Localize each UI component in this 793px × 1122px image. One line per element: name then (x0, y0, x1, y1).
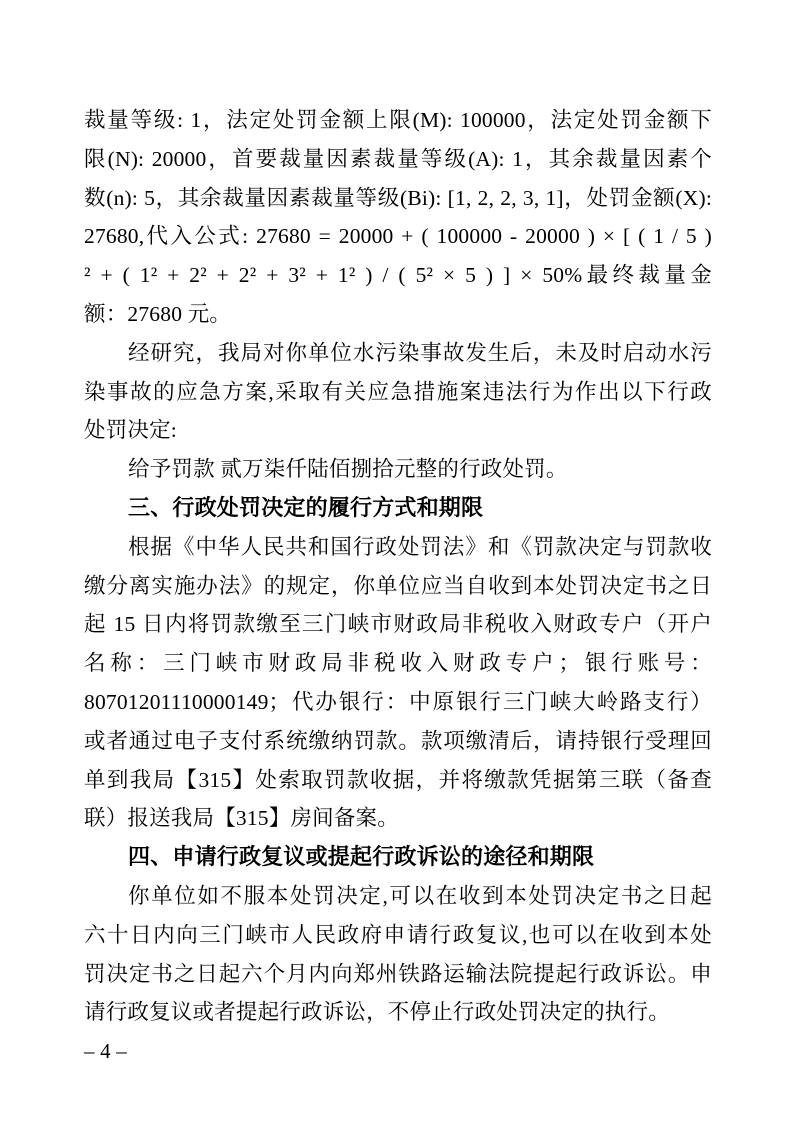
text-line: 缴分离实施办法》的规定，你单位应当自收到本处罚决定书之日 (84, 567, 712, 606)
text-line: 六十日内向三门峡市人民政府申请行政复议,也可以在收到本处 (84, 916, 712, 955)
text-line: 裁量等级: 1，法定处罚金额上限(M): 100000，法定处罚金额下 (84, 101, 712, 140)
text-line: 额：27680 元。 (84, 295, 712, 334)
text-line: 罚决定书之日起六个月内向郑州铁路运输法院提起行政诉讼。申 (84, 955, 712, 994)
section-heading-3: 三、行政处罚决定的履行方式和期限 (84, 489, 712, 528)
document-page: 裁量等级: 1，法定处罚金额上限(M): 100000，法定处罚金额下 限(N)… (0, 0, 793, 1122)
text-line: 染事故的应急方案,采取有关应急措施案违法行为作出以下行政 (84, 373, 712, 412)
text-line: 名称：三门峡市财政局非税收入财政专户；银行账号： (84, 644, 712, 683)
text-line: 或者通过电子支付系统缴纳罚款。款项缴清后，请持银行受理回 (84, 722, 712, 761)
text-line: 根据《中华人民共和国行政处罚法》和《罚款决定与罚款收 (84, 528, 712, 567)
text-line: 处罚决定: (84, 411, 712, 450)
formula-line: 27680,代入公式: 27680 = 20000 + ( 100000 - 2… (84, 217, 712, 256)
text-line: 限(N): 20000，首要裁量因素裁量等级(A): 1，其余裁量因素个 (84, 140, 712, 179)
text-line: 你单位如不服本处罚决定,可以在收到本处罚决定书之日起 (84, 877, 712, 916)
formula-line: ² + ( 1² + 2² + 2² + 3² + 1² ) / ( 5² × … (84, 256, 712, 295)
text-line: 起 15 日内将罚款缴至三门峡市财政局非税收入财政专户（开户 (84, 605, 712, 644)
penalty-line: 给予罚款 贰万柒仟陆佰捌拾元整的行政处罚。 (84, 450, 712, 489)
text-line: 经研究，我局对你单位水污染事故发生后，未及时启动水污 (84, 334, 712, 373)
section-heading-4: 四、申请行政复议或提起行政诉讼的途径和期限 (84, 838, 712, 877)
text-line: 请行政复议或者提起行政诉讼，不停止行政处罚决定的执行。 (84, 993, 712, 1032)
bank-account-line: 80701201110000149；代办银行：中原银行三门峡大岭路支行） (84, 683, 712, 722)
document-body: 裁量等级: 1，法定处罚金额上限(M): 100000，法定处罚金额下 限(N)… (84, 101, 712, 1071)
page-number: – 4 – (84, 1032, 712, 1071)
text-line: 联）报送我局【315】房间备案。 (84, 799, 712, 838)
text-line: 单到我局【315】处索取罚款收据，并将缴款凭据第三联（备查 (84, 761, 712, 800)
text-line: 数(n): 5，其余裁量因素裁量等级(Bi): [1, 2, 2, 3, 1]，… (84, 179, 712, 218)
